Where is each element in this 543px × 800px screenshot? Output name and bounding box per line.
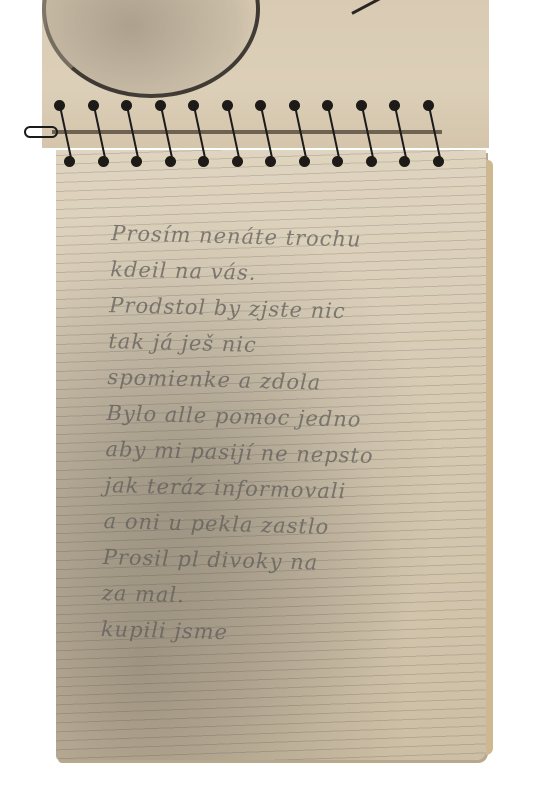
wire-end-loop (24, 126, 58, 138)
spiral-coil (222, 100, 236, 160)
spiral-coil (88, 100, 102, 160)
charcoal-sketch (42, 0, 260, 98)
spiral-coil (289, 100, 303, 160)
punch-hole (332, 156, 343, 167)
punch-hole (198, 156, 209, 167)
punch-hole (232, 156, 243, 167)
spiral-coil (121, 100, 135, 160)
punch-hole (299, 156, 310, 167)
spiral-coil (155, 100, 169, 160)
notebook-page: Prosím nenáte trochu kdeil na vás. Prods… (56, 150, 486, 760)
punch-hole (366, 156, 377, 167)
punch-hole (433, 156, 444, 167)
spiral-coil (356, 100, 370, 160)
punch-hole (98, 156, 109, 167)
spiral-coil (54, 100, 68, 160)
handwritten-text: Prosím nenáte trochu kdeil na vás. Prods… (100, 215, 486, 657)
spiral-coil (255, 100, 269, 160)
spiral-coil (322, 100, 336, 160)
spiral-coil (188, 100, 202, 160)
spiral-coil (389, 100, 403, 160)
spiral-spine (52, 130, 442, 134)
sketch-stroke (351, 0, 382, 15)
page-edge (486, 160, 493, 755)
spiral-coil (423, 100, 437, 160)
punch-hole (165, 156, 176, 167)
punch-hole (265, 156, 276, 167)
punch-hole (399, 156, 410, 167)
punch-hole (64, 156, 75, 167)
punch-hole (131, 156, 142, 167)
